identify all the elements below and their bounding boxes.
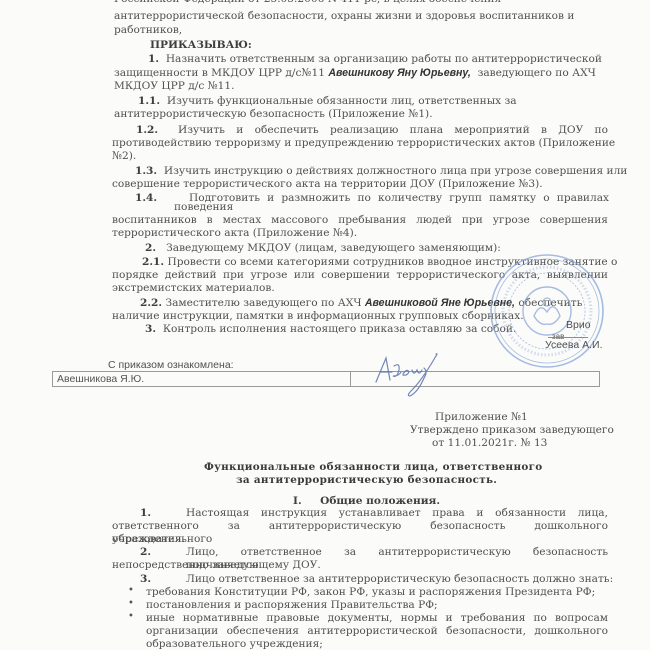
item-1-line-2: защищенности в МКДОУ ЦРР д/с№11 Авешнико… [114, 67, 596, 80]
intro-line-0: Российской Федерации от 25.05.2006 N 411… [114, 0, 501, 6]
signature-line [548, 337, 588, 338]
item-number: 1. [148, 53, 159, 65]
item-1-2-line-3: №2). [112, 150, 136, 163]
appendix-number: Приложение №1 [435, 411, 528, 424]
provision-2-line-2: непосредственно заведующему ДОУ. [112, 559, 321, 572]
item-2-1-line-3: экстремистских материалов. [112, 282, 275, 295]
provision-3-line-1: 3. Лицо ответственное за антитеррористич… [140, 573, 613, 586]
item-1-4-line-1b: поведения [174, 201, 233, 214]
intro-line-2: работников, [114, 24, 182, 37]
appendix-approval: Утверждено приказом заведующего [410, 424, 614, 437]
item-1-4-line-2: воспитанников в местах массового пребыва… [112, 214, 608, 227]
item-1-3-line-1: 1.3. Изучить инструкцию о действиях долж… [135, 165, 627, 178]
provision-3-bullet-3-line-2: организации обеспечения антитеррористиче… [146, 625, 608, 638]
bullet-icon: • [128, 598, 134, 609]
acknowledgement-table: Авешникова Я.Ю. [52, 371, 600, 387]
item-1-3-line-2: совершение террористического акта на тер… [112, 178, 543, 191]
responsible-person-name: Авешникову Яну Юрьевну, [328, 67, 471, 79]
provision-1-line-2: ответственного за антитеррористическую б… [112, 520, 608, 546]
order-heading: ПРИКАЗЫВАЮ: [150, 39, 252, 52]
signatory-name: Усеева А.И. [545, 339, 603, 352]
intro-line-1: антитеррористической безопасности, охран… [114, 10, 574, 23]
item-1-1-line-2: антитеррористическую безопасность (Прило… [114, 108, 433, 121]
provision-1-line-1: 1. Настоящая инструкция устанавливает пр… [140, 507, 608, 520]
item-1-2-line-1: 1.2. Изучить и обеспечить реализацию пла… [136, 124, 608, 137]
item-1-1-line-1: 1.1. Изучить функциональные обязанности … [138, 95, 517, 108]
appendix-title-line-1: Функциональные обязанности лица, ответст… [204, 461, 542, 474]
item-1-line-1: 1. Назначить ответственным за организаци… [148, 53, 602, 66]
item-3-line-1: 3. Контроль исполнения настоящего приказ… [145, 323, 516, 336]
item-2-2-line-2: наличие инструкции, памятки в информацио… [112, 310, 524, 323]
item-1-2-line-2: противодействию терроризму и предупрежде… [112, 137, 615, 150]
appendix-title-line-2: за антитеррористическую безопасность. [236, 474, 497, 487]
signatory-title: Врио [566, 319, 591, 332]
item-1-4-line-3: террористического акта (Приложение №4). [112, 227, 357, 240]
bullet-icon: • [128, 611, 134, 622]
handwritten-signature-icon [372, 352, 462, 398]
appendix-date: от 11.01.2021г. № 13 [432, 437, 547, 450]
provision-1-line-3: учреждения. [112, 533, 185, 546]
provision-3-bullet-2: постановления и распоряжения Правительст… [146, 599, 438, 612]
item-2-line-1: 2. Заведующему МКДОУ (лицам, заведующего… [145, 242, 501, 255]
provision-3-bullet-3-line-1: иные нормативные правовые документы, нор… [146, 612, 608, 625]
item-1-line-3: МКДОУ ЦРР д/с №11. [114, 80, 235, 93]
bullet-icon: • [128, 585, 134, 596]
acknowledged-person-name: Авешникова Я.Ю. [53, 372, 351, 386]
official-stamp-icon [488, 252, 606, 370]
scanned-document-page: Российской Федерации от 25.05.2006 N 411… [0, 0, 650, 650]
provision-3-bullet-3-line-3: образовательного учреждения; [146, 638, 323, 650]
provision-3-bullet-1: требования Конституции РФ, закон РФ, ука… [146, 586, 595, 599]
